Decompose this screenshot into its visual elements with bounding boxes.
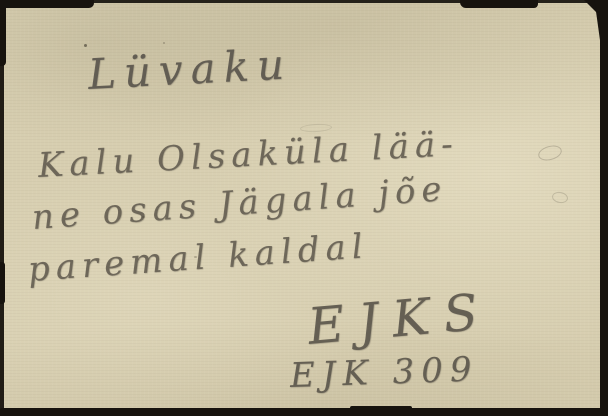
card-edge-right [600,0,608,416]
card-title: Lüvaku [87,39,294,99]
archival-card: Lüvaku Kalu Olsaküla lää- ne osas Jägala… [0,0,608,416]
catalog-number: EJK 309 [289,349,479,396]
paper-speck [142,216,145,218]
card-edge-left-notch [0,262,5,304]
paper-speck [163,42,165,44]
signature: EJKS [305,282,494,356]
paper-speck [194,256,197,258]
card-edge-top-middle [460,0,538,8]
card-edge-bottom [0,408,608,416]
card-edge-bottom-bump [350,406,412,410]
card-edge-left-blob [0,0,6,66]
paper-speck [84,44,87,47]
pencil-smudge [551,191,569,205]
pencil-smudge [537,143,564,163]
card-edge-top-left [0,0,94,8]
body-line-3: paremal kaldal [27,226,370,290]
